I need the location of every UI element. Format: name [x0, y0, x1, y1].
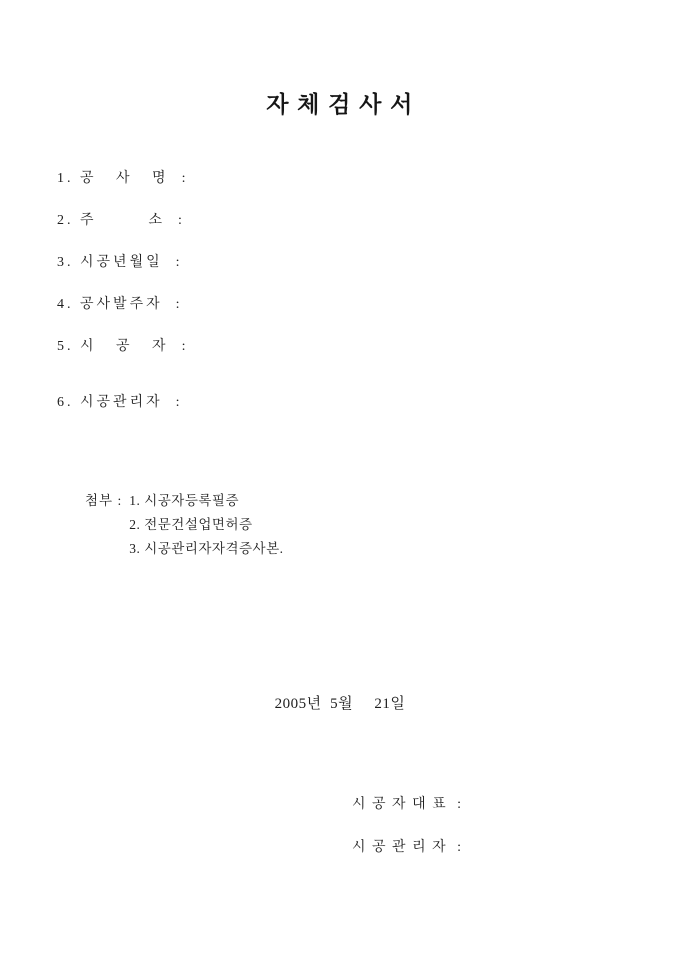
- attachments-list: 1. 시공자등록필증 2. 전문건설업면허증 3. 시공관리자자격증사본.: [129, 493, 283, 557]
- attachments-section: 첨부 : 1. 시공자등록필증 2. 전문건설업면허증 3. 시공관리자자격증사…: [85, 493, 284, 557]
- form-fields: 1. 공 사 명 : 2. 주 소 : 3. 시공년월일 : 4. 공사발주자 …: [57, 171, 188, 410]
- document-date: 2005년 5월 21일: [0, 696, 680, 712]
- signature-contractor-representative: 시 공 자 대 표 :: [352, 797, 463, 813]
- field-construction-name: 1. 공 사 명 :: [57, 171, 188, 186]
- attachment-item: 3. 시공관리자자격증사본.: [129, 541, 283, 557]
- attachment-item: 2. 전문건설업면허증: [129, 517, 283, 533]
- field-address: 2. 주 소 :: [57, 213, 188, 228]
- field-construction-manager: 6. 시공관리자 :: [57, 395, 188, 410]
- signature-construction-manager: 시 공 관 리 자 :: [352, 840, 463, 856]
- document-title: 자 체 검 사 서: [0, 86, 680, 119]
- document-page: 자 체 검 사 서 1. 공 사 명 : 2. 주 소 : 3. 시공년월일 :…: [0, 0, 680, 962]
- field-construction-date: 3. 시공년월일 :: [57, 255, 188, 270]
- attachments-label: 첨부 :: [85, 493, 122, 509]
- attachment-item: 1. 시공자등록필증: [129, 493, 283, 509]
- field-orderer: 4. 공사발주자 :: [57, 297, 188, 312]
- signature-section: 시 공 자 대 표 : 시 공 관 리 자 :: [352, 797, 463, 856]
- field-contractor: 5. 시 공 자 :: [57, 339, 188, 354]
